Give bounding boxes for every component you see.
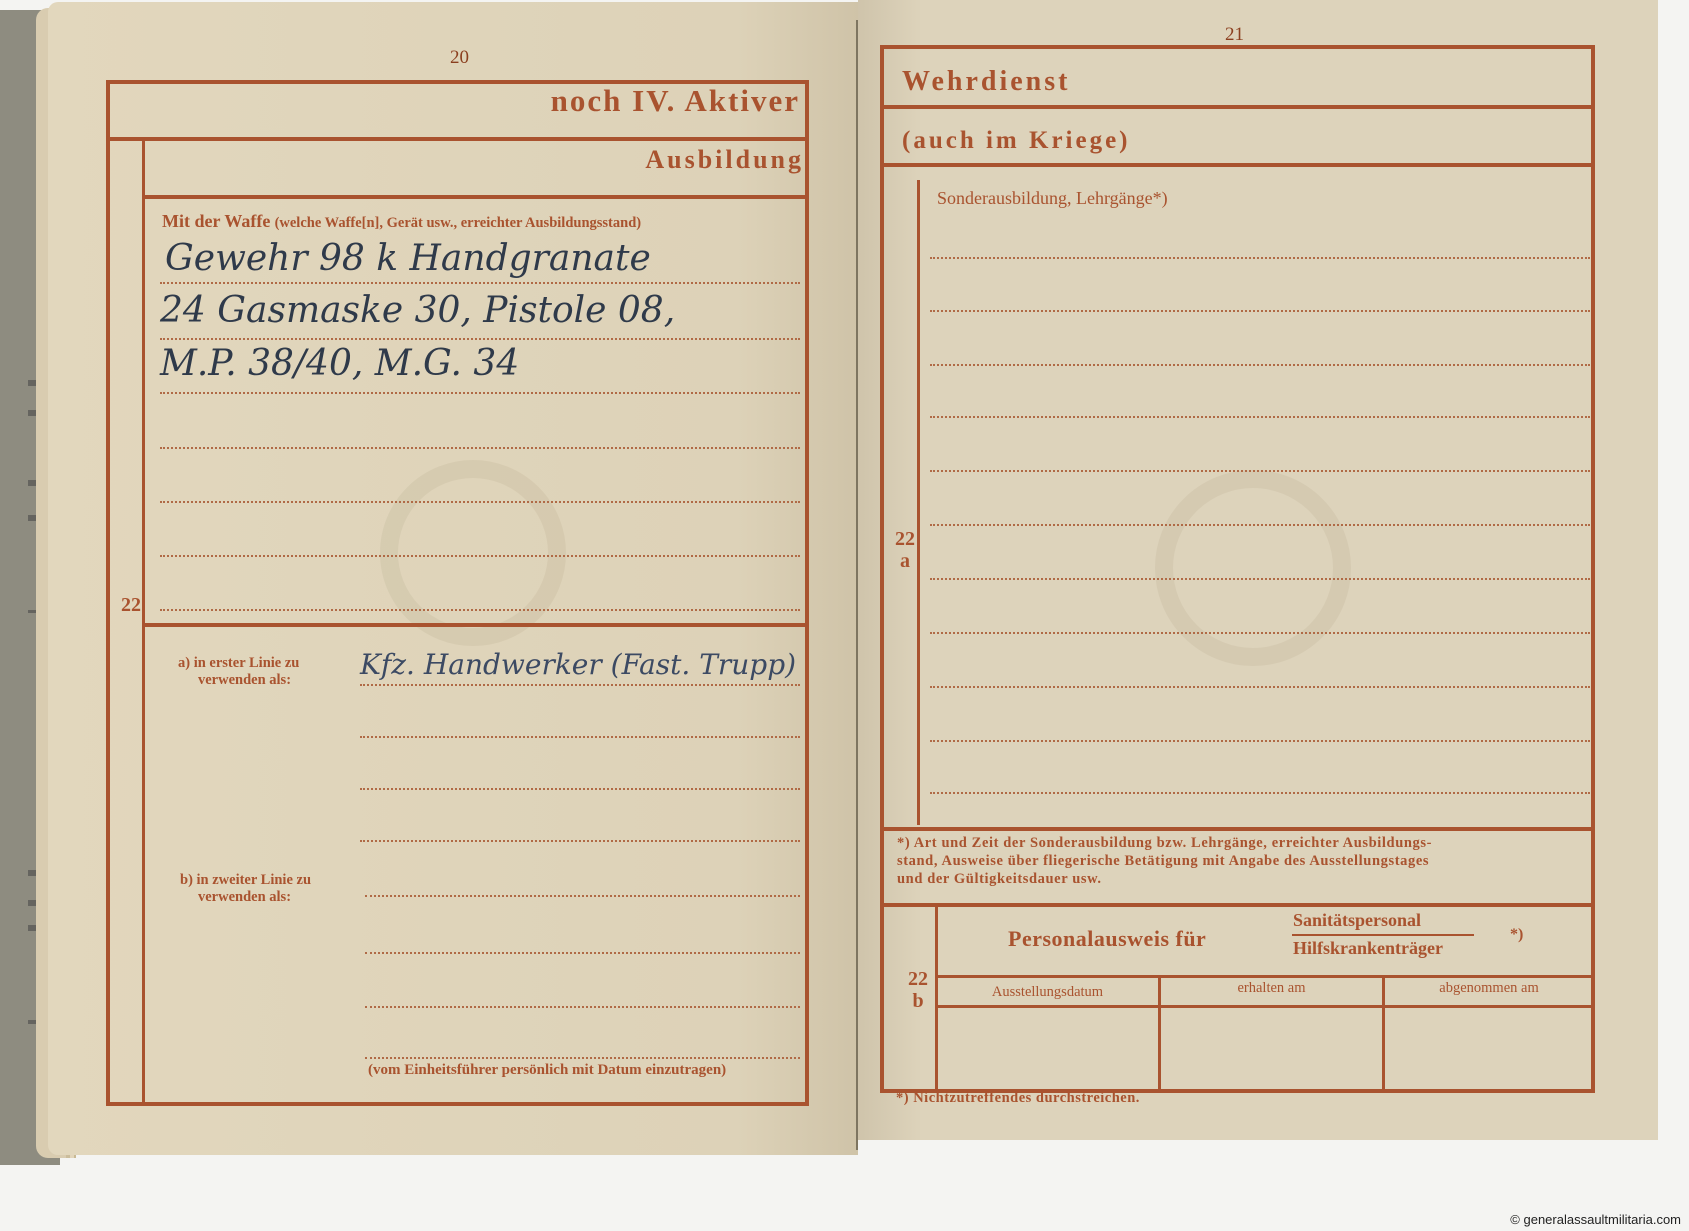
first-line-label-2: verwenden als: (178, 672, 299, 689)
weapons-label: Mit der Waffe (welche Waffe[n], Gerät us… (162, 211, 641, 232)
id-card-asterisk: *) (1510, 926, 1523, 944)
first-line-label-1: a) in erster Linie zu (178, 655, 299, 672)
second-line-label-1: b) in zweiter Linie zu (180, 872, 311, 889)
section-22a-letter: a (893, 550, 917, 572)
section-22b-letter: b (904, 990, 932, 1012)
weapons-label-bold: Mit der Waffe (162, 211, 270, 231)
id-card-option-hilfskrankentrager[interactable]: Hilfskrankenträger (1293, 938, 1443, 959)
table-header-border (937, 1005, 1595, 1008)
divider (143, 623, 809, 627)
entry-line[interactable] (930, 524, 1590, 526)
section-number-22a: 22 a (893, 528, 917, 572)
entry-line[interactable] (360, 840, 800, 842)
entry-line[interactable] (360, 788, 800, 790)
footnote-line-2: stand, Ausweise über fliegerische Betäti… (897, 852, 1432, 870)
footnote-line-1: *) Art und Zeit der Sonderausbildung bzw… (897, 834, 1432, 852)
entry-line[interactable] (930, 578, 1590, 580)
section-22b-number: 22 (904, 968, 932, 990)
entry-line[interactable] (365, 1006, 800, 1008)
entry-line[interactable] (930, 470, 1590, 472)
section-22a-column-divider (917, 180, 920, 825)
entry-line[interactable] (930, 310, 1590, 312)
divider (880, 105, 1595, 109)
table-cell-ausstellungsdatum[interactable] (940, 1009, 1156, 1089)
entry-line[interactable] (930, 792, 1590, 794)
left-footer-note: (vom Einheitsführer persönlich mit Datum… (368, 1062, 726, 1079)
entry-line[interactable] (160, 501, 800, 503)
option-divider (1292, 934, 1474, 936)
second-line-label: b) in zweiter Linie zu verwenden als: (180, 872, 311, 906)
table-cell-abgenommen-am[interactable] (1386, 1009, 1592, 1089)
table-header-ausstellungsdatum: Ausstellungsdatum (937, 984, 1158, 1001)
table-header-erhalten-am: erhalten am (1161, 980, 1382, 997)
entry-line[interactable] (160, 609, 800, 611)
table-header-abgenommen-am: abgenommen am (1385, 980, 1593, 997)
divider (880, 827, 1595, 831)
entry-line[interactable] (365, 1057, 800, 1059)
first-line-label: a) in erster Linie zu verwenden als: (178, 655, 299, 689)
table-cell-erhalten-am[interactable] (1162, 1009, 1380, 1089)
page-number-left: 20 (450, 47, 469, 69)
copyright-notice: © generalassaultmilitaria.com (1510, 1212, 1681, 1227)
entry-line[interactable] (930, 257, 1590, 259)
divider (143, 195, 809, 199)
entry-line[interactable] (360, 684, 800, 686)
weapons-label-note: (welche Waffe[n], Gerät usw., erreichter… (275, 215, 642, 231)
special-training-label: Sonderausbildung, Lehrgänge*) (937, 188, 1168, 209)
divider (880, 163, 1595, 167)
right-page-title: Wehrdienst (902, 66, 1070, 98)
entry-line[interactable] (360, 736, 800, 738)
table-top-border (937, 975, 1595, 978)
entry-line[interactable] (930, 632, 1590, 634)
entry-line[interactable] (160, 447, 800, 449)
footnote-line-3: und der Gültigkeitsdauer usw. (897, 870, 1432, 888)
bottom-note: *) Nichtzutreffendes durchstreichen. (896, 1090, 1140, 1107)
section-number-22b: 22 b (904, 968, 932, 1012)
section-number-22: 22 (120, 594, 142, 616)
entry-line[interactable] (365, 952, 800, 954)
right-page-subtitle: (auch im Kriege) (902, 127, 1131, 155)
footnote: *) Art und Zeit der Sonderausbildung bzw… (897, 834, 1432, 888)
entry-line[interactable] (365, 895, 800, 897)
entry-line[interactable] (930, 364, 1590, 366)
entry-line[interactable] (160, 555, 800, 557)
page-number-right: 21 (1225, 24, 1244, 46)
handwritten-first-line: Kfz. Handwerker (Fast. Trupp) (360, 648, 796, 681)
id-card-option-sanitatspersonal[interactable]: Sanitätspersonal (1293, 910, 1421, 931)
handwritten-weapons-line-2: 24 Gasmaske 30, Pistole 08, (160, 290, 675, 331)
section-column-divider (142, 139, 145, 1105)
handwritten-weapons-line-1: Gewehr 98 k Handgranate (165, 238, 651, 279)
divider (880, 903, 1595, 907)
entry-line[interactable] (160, 282, 800, 284)
entry-line[interactable] (930, 686, 1590, 688)
left-page-subtitle: Ausbildung (645, 145, 804, 175)
left-page-title: noch IV. Aktiver (551, 83, 800, 119)
divider (106, 137, 809, 141)
entry-line[interactable] (160, 392, 800, 394)
id-card-label: Personalausweis für (1008, 926, 1206, 952)
handwritten-weapons-line-3: M.P. 38/40, M.G. 34 (160, 343, 519, 384)
entry-line[interactable] (160, 338, 800, 340)
entry-line[interactable] (930, 740, 1590, 742)
entry-line[interactable] (930, 416, 1590, 418)
section-22a-number: 22 (893, 528, 917, 550)
second-line-label-2: verwenden als: (180, 889, 311, 906)
